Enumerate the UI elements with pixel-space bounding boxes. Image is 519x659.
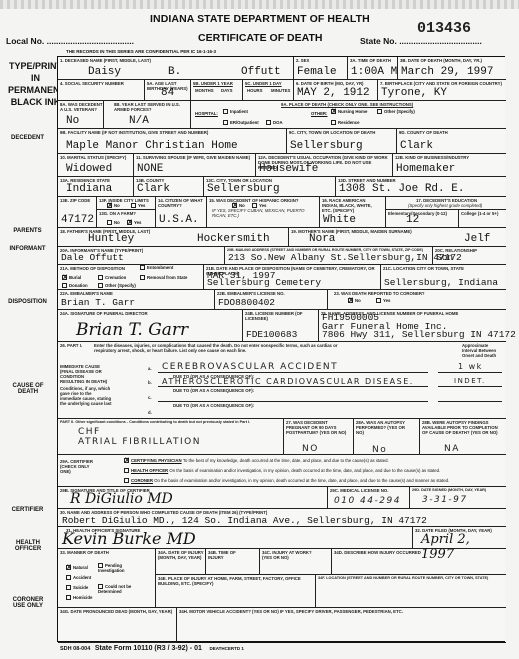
manner-of-death-field: 33. MANNER OF DEATH XNatural Pending Inv…	[58, 549, 156, 608]
form-name: State Form 10110 (R3 / 3-92) - 01	[95, 645, 202, 652]
race-field[interactable]: 16. RACE American Indian, Black, White, …	[320, 197, 386, 228]
donation-checkbox[interactable]: Donation	[62, 283, 88, 288]
cause-part1-section: 26. PART I. Enter the diseases, injuries…	[58, 342, 506, 419]
side-label-health-officer: HEALTH OFFICER	[8, 540, 48, 552]
autopsy-findings-field[interactable]: 28b. WERE AUTOPSY FINDINGS AVAILABLE PRI…	[420, 419, 506, 455]
veteran-field[interactable]: 8a. WAS DECEDENT A U.S. VETERAN? No	[58, 101, 104, 129]
date-filed-field[interactable]: 32. DATE FILED (Month, Day, Year) April …	[413, 527, 506, 549]
county-of-death-field[interactable]: 9d. COUNTY OF DEATH Clark	[397, 129, 506, 154]
side-label-certifier: CERTIFIER	[0, 507, 55, 513]
city-limits-no-checkbox[interactable]: XNo	[107, 203, 120, 208]
father-name-field[interactable]: 18. FATHER'S NAME (First, Middle, Last) …	[58, 228, 289, 247]
date-of-death-field[interactable]: 3b. DATE OF DEATH (Month, Day, Yr.) Marc…	[398, 57, 506, 80]
time-of-death-field[interactable]: 3a. TIME OF DEATH 1:00A M	[348, 57, 398, 80]
cremation-checkbox[interactable]: Cremation	[98, 275, 126, 280]
injury-description-field[interactable]: 34d. DESCRIBE HOW INJURY OCCURRED	[332, 549, 506, 575]
side-label-parents: PARENTS	[0, 228, 55, 234]
inpatient-checkbox[interactable]: Inpatient	[223, 109, 248, 114]
occupation-field[interactable]: 12a. DECEDENT'S USUAL OCCUPATION (Give k…	[256, 154, 393, 177]
deceased-name-field[interactable]: 1. DECEASED NAME (First, Middle, Last) D…	[58, 57, 294, 80]
other-disposition-checkbox[interactable]: Other (Specify)	[98, 283, 136, 288]
homicide-checkbox[interactable]: Homicide	[66, 595, 92, 600]
farm-no-checkbox[interactable]: No	[107, 220, 120, 225]
place-of-death-field: 9a. PLACE OF DEATH (Check only one. See …	[191, 101, 506, 129]
autopsy-field[interactable]: 28a. WAS AN AUTOPSY PERFORMED? (Yes or n…	[354, 419, 420, 455]
scan-edge	[0, 0, 519, 9]
entombment-checkbox[interactable]: Entombment	[140, 265, 173, 270]
under-1-day-field[interactable]: 5c. UNDER 1 DAY Hours Minutes	[243, 80, 294, 101]
education-elementary-value[interactable]: 12	[406, 214, 419, 226]
certificate-title: CERTIFICATE OF DEATH	[198, 32, 322, 44]
mother-name-field[interactable]: 19. MOTHER'S NAME (First, Middle, Maiden…	[289, 228, 506, 247]
interval-line-b[interactable]: INDET.	[454, 377, 486, 385]
coroner-checkbox[interactable]: CORONER On the basis of examination and/…	[124, 478, 449, 483]
coroner-yes-checkbox[interactable]: Yes	[376, 298, 390, 303]
death-certificate: INDIANA STATE DEPARTMENT OF HEALTH CERTI…	[0, 0, 519, 659]
farm-yes-checkbox[interactable]: XYes	[127, 220, 141, 225]
agency-title: INDIANA STATE DEPARTMENT OF HEALTH	[150, 13, 370, 25]
certifier-signature-field[interactable]: 29b. SIGNATURE AND TITLE OF CERTIFIER R …	[58, 487, 328, 509]
removal-checkbox[interactable]: Removal from State	[140, 275, 187, 280]
cause-part2-field[interactable]: PART II. Other significant conditions - …	[58, 419, 284, 455]
pending-checkbox[interactable]: Pending Investigation	[98, 563, 132, 573]
sex-field[interactable]: 2. SEX Female	[294, 57, 348, 80]
side-label-informant: INFORMANT	[0, 246, 55, 252]
form-code: SDH 08-004	[60, 646, 90, 652]
last-name: Offutt	[241, 66, 281, 78]
informant-relationship-field[interactable]: 20c. Relationship Son	[433, 247, 506, 265]
health-officer-checkbox[interactable]: HEALTH OFFICER On the basis of examinati…	[124, 468, 440, 473]
health-officer-signature-field[interactable]: 31. HEALTH OFFICER'S SIGNATURE Kevin Bur…	[58, 527, 413, 549]
side-label-cause: CAUSE OF DEATH	[8, 383, 48, 395]
medical-license-field[interactable]: 29c. MEDICAL LICENSE NO. 010 44-294	[328, 487, 410, 509]
other-place-checkbox[interactable]: Other (Specify)	[377, 109, 415, 114]
side-label-decedent: DECEDENT	[0, 135, 55, 141]
accident-checkbox[interactable]: Accident	[66, 575, 91, 580]
cause-line-b[interactable]: ATHEROSCLEROTIC CARDIOVASCULAR DISEASE.	[162, 377, 414, 386]
undetermined-checkbox[interactable]: Could not be Determined	[98, 584, 132, 594]
date-pronounced-field[interactable]: 34g. DATE PRONOUNCED DEAD (Month, Day, Y…	[58, 608, 177, 643]
under-1-year-field[interactable]: 5b. UNDER 1 YEAR Months Days	[191, 80, 243, 101]
form-footer: SDH 08-004 State Form 10110 (R3 / 3-92) …	[60, 645, 244, 652]
injury-time-field[interactable]: 34b. TIME OF INJURY	[206, 549, 260, 575]
motor-vehicle-field[interactable]: 34h. MOTOR VEHICLE ACCIDENT? (Yes or no)…	[177, 608, 506, 643]
certificate-number: 013436	[417, 20, 471, 37]
citizenship-field[interactable]: 14. CITIZEN OF WHAT COUNTRY? U.S.A.	[156, 197, 207, 228]
residence-checkbox[interactable]: Residence	[331, 120, 360, 125]
form-note: DEATHCERTD 1	[210, 646, 244, 651]
doa-checkbox[interactable]: DOA	[266, 120, 283, 125]
interval-line-a[interactable]: 1 wk	[458, 362, 483, 371]
zip-code-field[interactable]: 13e. ZIP CODE 47172	[58, 197, 97, 228]
certifying-physician-checkbox[interactable]: XCERTIFYING PHYSICIAN To the best of my …	[124, 458, 389, 463]
residence-state-field[interactable]: 13a. RESIDENCE STATE Indiana	[58, 177, 134, 197]
natural-checkbox[interactable]: XNatural	[66, 565, 88, 570]
injury-location-field[interactable]: 34f. LOCATION (Street and Number or Rura…	[316, 575, 506, 608]
confidential-note: THE RECORDS IN THIS SERIES ARE CONFIDENT…	[66, 49, 216, 54]
date-signed-field[interactable]: 29d. DATE SIGNED (Month, Day, Year) 3-31…	[410, 487, 506, 509]
state-number-field: State No. ..............................…	[360, 36, 482, 46]
informant-name-field[interactable]: 20a. INFORMANT'S NAME (Type/Print) Dale …	[58, 247, 225, 265]
ssn-field[interactable]: 4. SOCIAL SECURITY NUMBER	[58, 80, 145, 101]
type-print-label: TYPE/PRINT IN PERMANENT BLACK INK	[8, 60, 63, 108]
cause-line-a[interactable]: CEREBROVASCULAR ACCIDENT	[162, 362, 338, 372]
disposition-location-field[interactable]: 21c. LOCATION City or Town, State Seller…	[381, 265, 506, 290]
funeral-home-field[interactable]: 25. NAME, ADDRESS, AND LICENSE NUMBER OF…	[319, 310, 506, 342]
cod-completer-field[interactable]: 30. NAME AND ADDRESS OF PERSON WHO COMPL…	[58, 509, 506, 527]
er-outpatient-checkbox[interactable]: ER/Outpatient	[223, 120, 259, 125]
disposition-date-place-field[interactable]: 21b. DATE AND PLACE OF DISPOSITION (Name…	[204, 265, 381, 290]
side-label-coroner: CORONER USE ONLY	[8, 597, 48, 609]
education-field: 17. DECEDENT'S EDUCATION (Specify only h…	[386, 197, 506, 228]
suicide-checkbox[interactable]: Suicide	[66, 585, 88, 590]
embalmer-license-field[interactable]: 22b. EMBALMER'S LICENSE NO. FDO8800402	[215, 290, 328, 310]
middle-name: B.	[168, 66, 181, 78]
disposition-method-field: 21a. METHOD OF DISPOSITION Entombment XB…	[58, 265, 204, 290]
residence-street-field[interactable]: 13d. STREET AND NUMBER 1308 St. Joe Rd. …	[336, 177, 506, 197]
informant-address-field[interactable]: 20b. MAILING ADDRESS (Street and Number …	[225, 247, 433, 265]
injury-place-field[interactable]: 34e. PLACE OF INJURY At home, farm, stre…	[156, 575, 316, 608]
director-license-field[interactable]: 24b. LICENSE NUMBER (of Licensee) FDE100…	[243, 310, 319, 342]
marital-status-field[interactable]: 10. MARITAL STATUS (Specify) Widowed	[58, 154, 134, 177]
on-farm-field: 13g. ON A FARM? No XYes	[97, 210, 156, 228]
first-name: Daisy	[88, 66, 121, 78]
date-of-birth-field[interactable]: 6. DATE OF BIRTH (Mo, Day, Yr) MAY 2, 19…	[294, 80, 378, 101]
injury-at-work-field[interactable]: 34c. INJURY AT WORK? (Yes or no)	[260, 549, 332, 575]
city-limits-yes-checkbox[interactable]: Yes	[131, 203, 145, 208]
embalmer-name-field[interactable]: 22a. EMBALMER'S NAME Brian T. Garr	[58, 290, 215, 310]
armed-forces-field[interactable]: 8b. YEAR LAST SERVED IN U.S. ARMED FORCE…	[104, 101, 191, 129]
nursing-home-checkbox[interactable]: XNursing Home	[331, 109, 367, 114]
facility-name-field[interactable]: 9b. FACILITY NAME (If not institution, g…	[58, 129, 287, 154]
surviving-spouse-field[interactable]: 11. SURVIVING SPOUSE (If wife, give maid…	[134, 154, 256, 177]
form-grid: 1. DECEASED NAME (First, Middle, Last) D…	[57, 56, 505, 642]
pregnant-field[interactable]: 27. WAS DECEDENT PREGNANT OR 90 DAYS POS…	[284, 419, 354, 455]
residence-city-field[interactable]: 13c. CITY, TOWN OR LOCATION Sellersburg	[204, 177, 336, 197]
coroner-no-checkbox[interactable]: XNo	[348, 298, 361, 303]
burial-checkbox[interactable]: XBurial	[62, 275, 81, 280]
injury-date-field[interactable]: 34a. DATE OF INJURY (Month, Day, Year)	[156, 549, 206, 575]
residence-county-field[interactable]: 13b. COUNTY Clark	[134, 177, 204, 197]
city-of-death-field[interactable]: 9c. CITY, TOWN OR LOCATION OF DEATH Sell…	[287, 129, 397, 154]
director-signature: Brian T. Garr	[76, 320, 188, 340]
side-label-disposition: DISPOSITION	[0, 299, 55, 305]
local-number-field: Local No. ..............................…	[6, 36, 134, 46]
birthplace-field[interactable]: 7. BIRTHPLACE (City and State or Foreign…	[378, 80, 506, 101]
city-limits-field: 13f. INSIDE CITY LIMITS XNo Yes	[97, 197, 156, 210]
certifier-type-field: 29a. CERTIFIER (Check only one) XCERTIFY…	[58, 455, 506, 487]
coroner-reported-field: 23. WAS DEATH REPORTED TO CORONER? XNo Y…	[328, 290, 506, 310]
age-field[interactable]: 5a. AGE Last Birthday (Years) 84	[145, 80, 191, 101]
industry-field[interactable]: 12b. KIND OF BUSINESS/INDUSTRY Homemaker	[393, 154, 506, 177]
funeral-director-signature-field[interactable]: 24a. SIGNATURE OF FUNERAL DIRECTOR Brian…	[58, 310, 243, 342]
hispanic-origin-field: 15. WAS DECEDENT OF HISPANIC ORIGIN? XNo…	[207, 197, 320, 228]
